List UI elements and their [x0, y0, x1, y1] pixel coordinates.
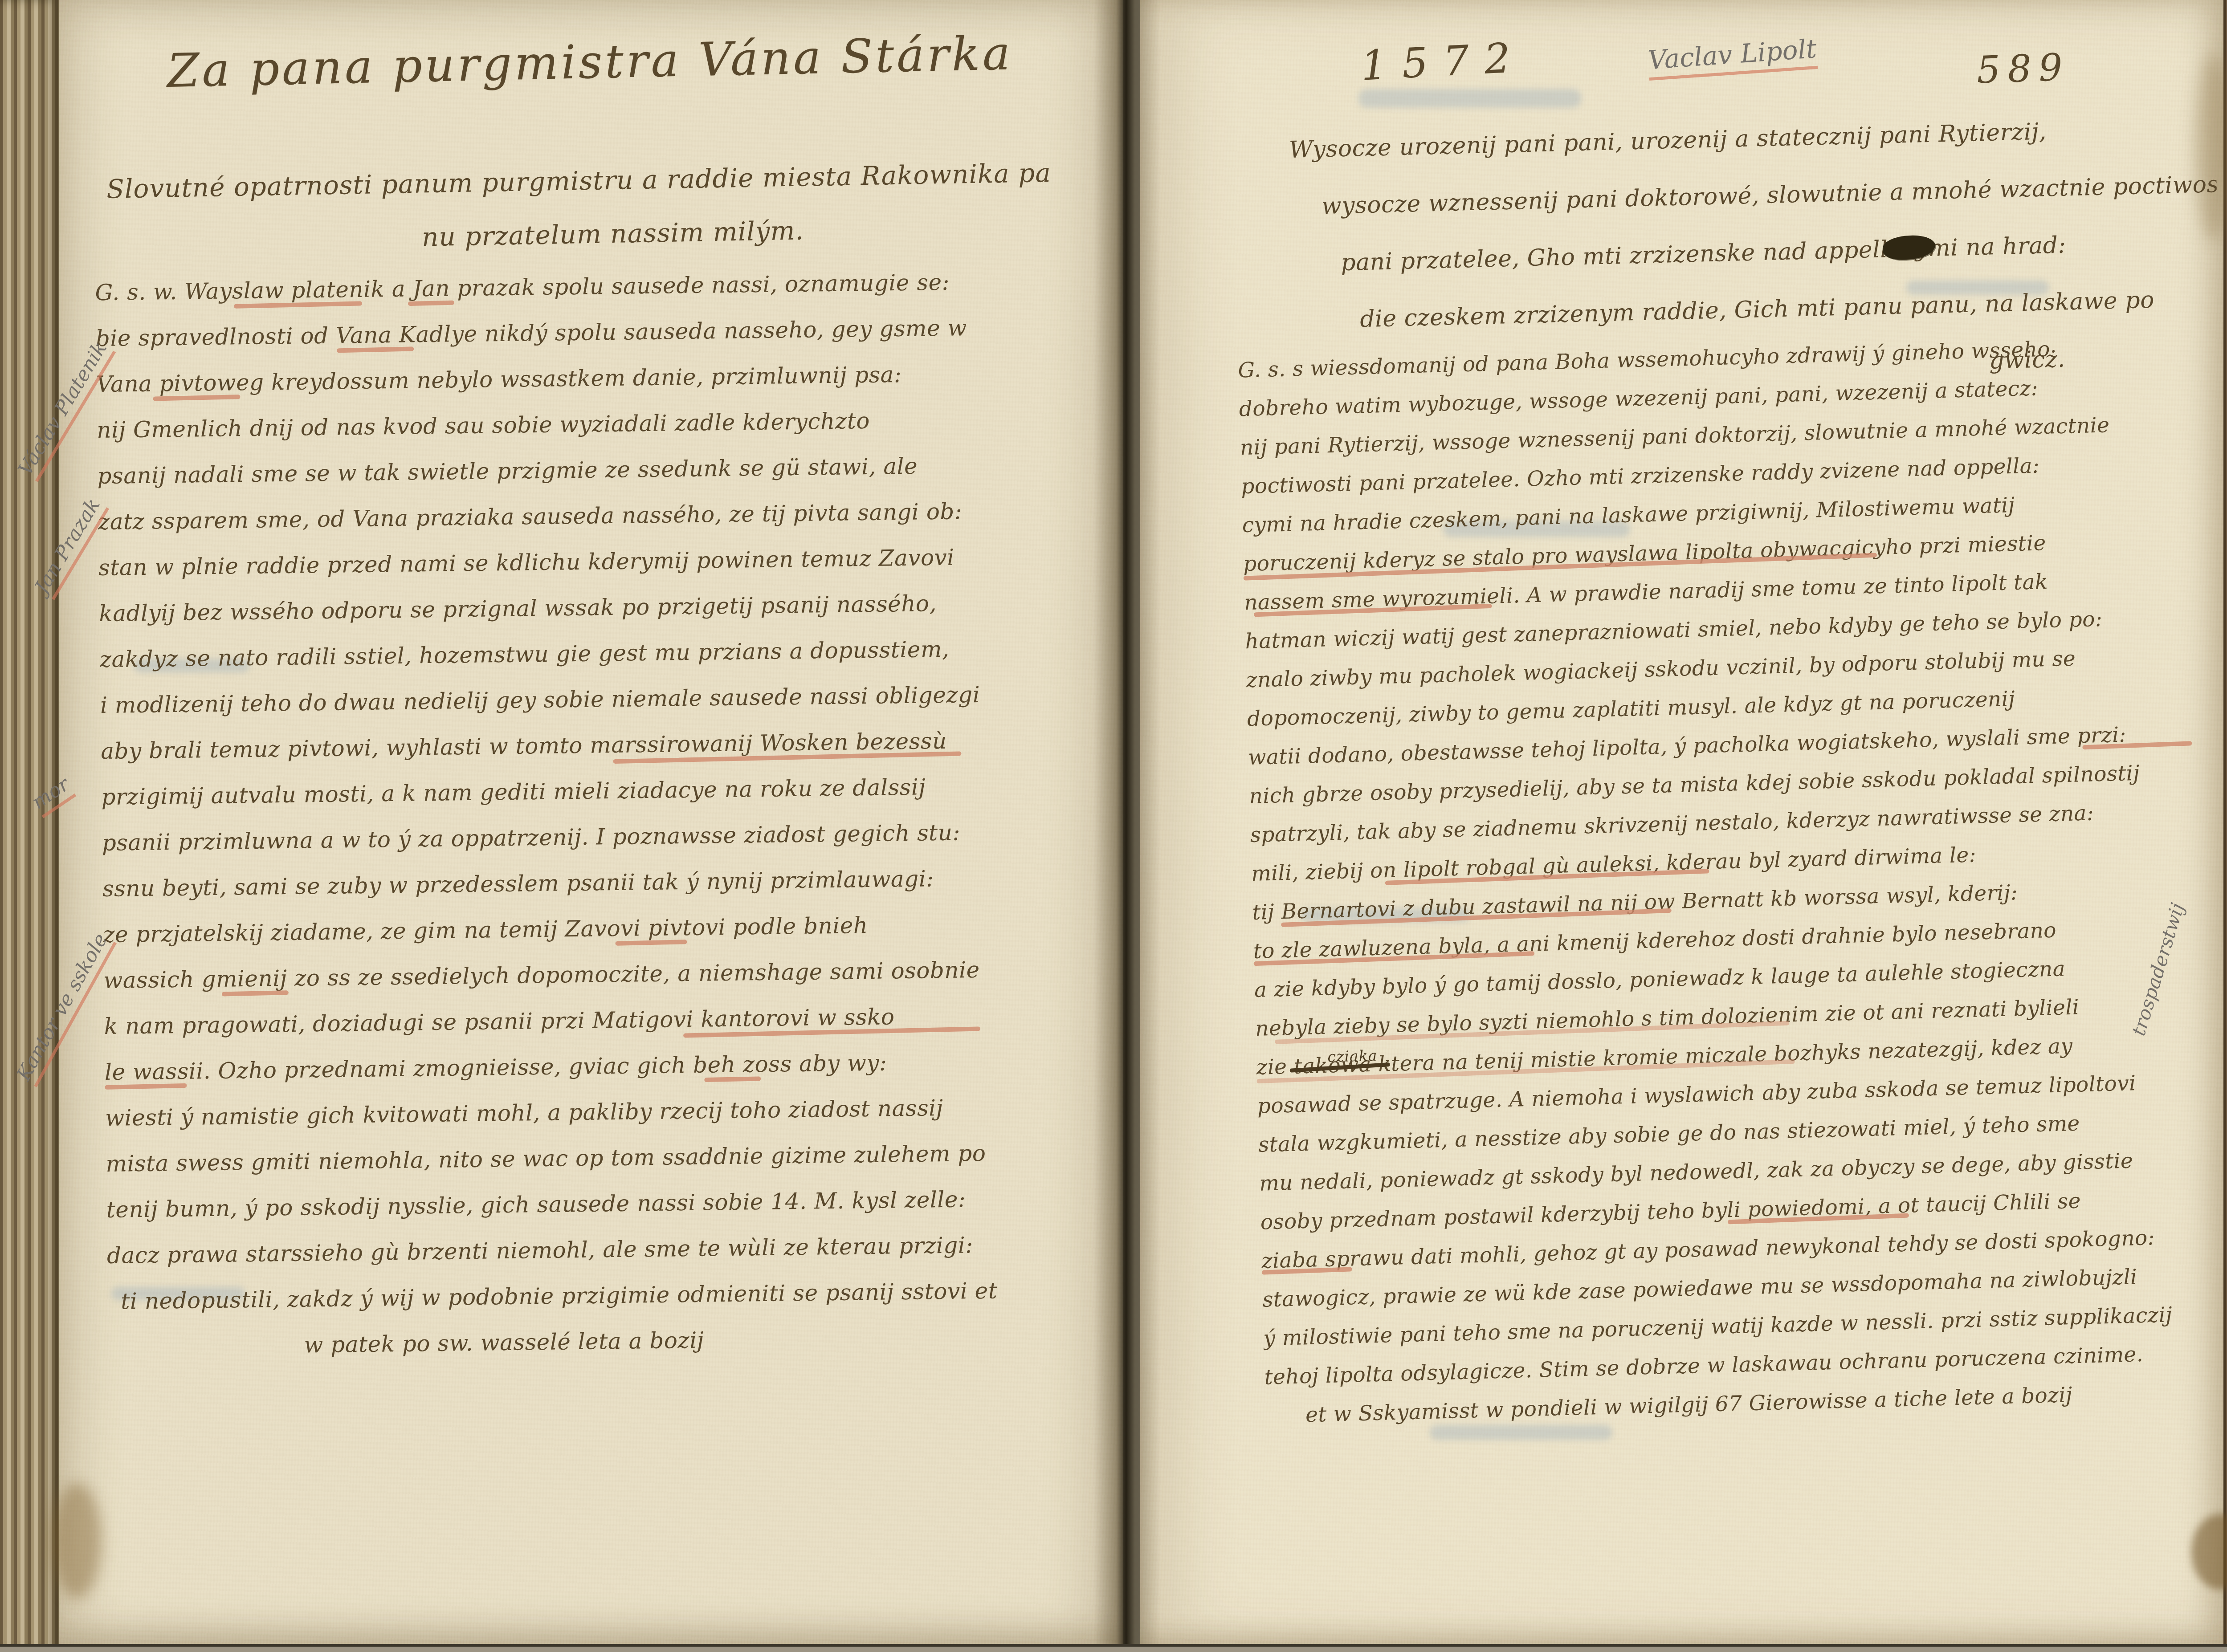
manuscript-line-text: pani przatelee, Gho mti zrzizenske nad a… [1341, 232, 2067, 276]
salutation-block: Slovutné opatrnosti panum purgmistru a r… [106, 145, 1119, 269]
left-page-body: G. s. w. Wayslaw platenik a Jan prazak s… [95, 257, 1133, 1371]
right-page-body: G. s. s wiessdomanij od pana Boha wssemo… [1237, 326, 2219, 1435]
right-page-stack-edge [2223, 0, 2227, 1652]
manuscript-line-text: mista swess gmiti niemohla, nito se wac … [106, 1140, 986, 1177]
manuscript-line-text: G. s. w. Wayslaw platenik a Jan prazak s… [95, 269, 950, 305]
manuscript-line-text: dacz prawa starssieho gù brzenti niemohl… [107, 1232, 973, 1269]
manuscript-line-text: i modlizenij teho do dwau nedielij gey s… [100, 682, 980, 718]
manuscript-line-text: ti nedopustili, zakdz ý wij w podobnie p… [121, 1278, 998, 1314]
manuscript-line-text: stan w plnie raddie przed nami se kdlich… [98, 545, 954, 581]
manuscript-line-text: wiesti ý namistie gich kvitowati mohl, a… [105, 1095, 943, 1131]
manuscript-line-text: psanii przimluwna a w to ý za oppatrzeni… [102, 820, 960, 856]
manuscript-line-text: w patek po sw. wasselé leta a bozij [304, 1327, 704, 1358]
manuscript-line-text: wassich gmienij zo ss ze ssedielych dopo… [103, 957, 980, 993]
folio-number: 589 [1976, 45, 2070, 92]
table-edge [0, 1644, 2227, 1652]
manuscript-line-text: die czeskem zrzizenym raddie, Gich mti p… [1360, 287, 2155, 333]
year-label: 1572 [1359, 33, 1526, 90]
book-spine-page-edges [0, 0, 59, 1652]
manuscript-line-text: tenij bumn, ý po sskodij nysslie, gich s… [106, 1186, 966, 1223]
manuscript-line-text: nij Gmenlich dnij od nas kvod sau sobie … [97, 408, 870, 443]
manuscript-line-text: wysocze wznessenij pani doktorowé, slowu… [1321, 171, 2217, 220]
red-underline [704, 1076, 761, 1082]
manuscript-line-text: psanij nadali sme se w tak swietle przig… [97, 453, 918, 489]
manuscript-line-text: ssnu beyti, sami se zuby w przedesslem p… [102, 866, 934, 902]
manuscript-line-text: ze przjatelskij ziadame, ze gim na temij… [103, 912, 868, 948]
manuscript-line-text: Wysocze urozenij pani pani, urozenij a s… [1289, 118, 2047, 163]
manuscript-line-text: przigimij autvalu mosti, a k nam gediti … [101, 774, 926, 810]
manuscript-line-text: zatz ssparem sme, od Vana praziaka sause… [98, 498, 963, 535]
manuscript-line-text: le wassii. Ozho przednami zmognieisse, g… [105, 1050, 887, 1085]
red-underline [221, 990, 288, 996]
red-underline [408, 301, 454, 306]
manuscript-line-text: bie spravedlnosti od Vana Kadlye nikdý s… [96, 315, 967, 351]
manuscript-line-text: zakdyz se nato radili sstiel, hozemstwu … [99, 636, 949, 672]
manuscript-scan: Za pana purgmistra Vána Stárka Slovutné … [0, 0, 2227, 1652]
manuscript-line-text: Vana pivtoweg kreydossum nebylo wssastke… [96, 362, 902, 397]
manuscript-line-text: kadlyij bez wssého odporu se przignal ws… [99, 590, 937, 627]
